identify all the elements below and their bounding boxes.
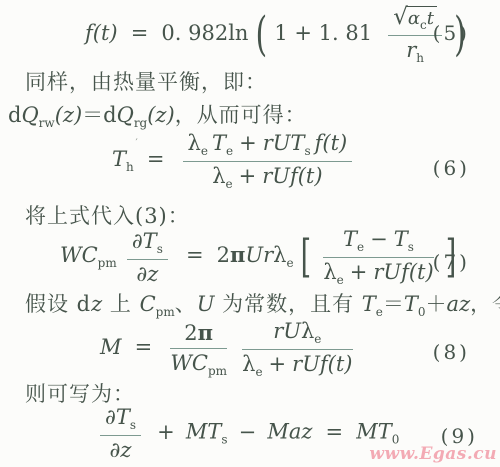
eq7-Ur: Ur <box>245 243 273 267</box>
eq5-r-sub: h <box>416 51 424 65</box>
eq8-f2-numerator: rUλe <box>242 320 352 350</box>
eq6-num-T-sub: e <box>226 144 233 158</box>
eq7-bd-rUf: rUf(t) <box>373 260 433 284</box>
line4-az: az <box>447 292 471 316</box>
eq8-M: M <box>100 335 122 359</box>
eq8-f2-lambda: λ <box>301 319 314 343</box>
dq2-arg: (z) <box>147 103 174 127</box>
eq7-dT-numerator: ∂Ts <box>127 230 168 260</box>
eq9-MT0: MT <box>356 420 392 444</box>
eq8-f1-WC-sub: pm <box>208 364 227 378</box>
eq5-alpha-sub: c <box>420 18 427 32</box>
eq7-WC: WC <box>60 243 98 267</box>
dq-balance-expression: dQrw(z)＝dQrg(z)，从而可得： <box>8 99 307 130</box>
equation-8-row: M = 2π WCpm rUλe λe+rUf(t) (8) <box>0 320 500 379</box>
eq7-lambda-sub: e <box>286 256 293 270</box>
line4-plus: ＋ <box>426 292 447 316</box>
line4-C: C <box>140 292 156 316</box>
eq9-MT1-sub: s <box>221 433 227 447</box>
eq8-f1-numerator: 2π <box>170 321 227 349</box>
eq7-bn-T2-sub: s <box>408 240 414 254</box>
eq7-bd-lambda: λ <box>323 260 336 284</box>
eq6-num-rUT: rUT <box>263 131 305 155</box>
dq2-sub: rg <box>134 116 147 130</box>
text-line-5: 则可写为： <box>25 382 135 406</box>
line4-t3: 为常数，且有 <box>214 292 361 316</box>
eq6-num-plus: + <box>239 131 257 155</box>
equation-5-row: f(t) = 0. 982ln ( 1 + 1. 81 √ αct rh ) (… <box>0 6 500 65</box>
text-line-4: 假设 dz 上 Cpm、U 为常数，且有 Te＝T0＋az，令 <box>25 288 500 319</box>
eq7-two: 2 <box>217 243 230 267</box>
sqrt-radical-group: √ αct <box>393 6 437 32</box>
scanned-paper-page: f(t) = 0. 982ln ( 1 + 1. 81 √ αct rh ) (… <box>0 0 500 467</box>
dq2-Q: Q <box>117 103 134 127</box>
eq9-fraction: ∂Ts ∂z <box>100 406 141 462</box>
eq7-bracket-fraction: Te−Ts λe+rUf(t) <box>323 228 433 287</box>
eq6-den-lambda: λ <box>212 164 225 188</box>
dq1-d: d <box>8 103 21 127</box>
line4-T1-sub: e <box>376 305 383 319</box>
eq8-f1-denominator: WCpm <box>170 349 227 378</box>
eq9-num: ∂T <box>105 405 130 429</box>
eq8-fraction-1: 2π WCpm <box>170 321 227 378</box>
line4-t1: 假设 d <box>25 292 91 316</box>
eq7-number: (7) <box>433 250 470 274</box>
dq1-sub: rw <box>39 116 55 130</box>
line4-t2: 上 <box>102 292 139 316</box>
eq5-alpha: α <box>408 8 420 29</box>
eq7-bn-minus: − <box>370 227 388 251</box>
eq6-den-rUf: rUf(t) <box>262 164 322 188</box>
eq5-r: r <box>406 38 416 62</box>
eq8-f1-pi: π <box>198 320 213 345</box>
eq5-inner-sum: 1 + 1. 81 <box>274 21 372 45</box>
eq6-equals: = <box>147 147 165 171</box>
eq9-num-sub: s <box>130 418 136 432</box>
eq6-num-T: T <box>212 131 226 155</box>
eq6-den-lambda-sub: e <box>226 177 233 191</box>
line4-U: U <box>197 292 215 316</box>
eq5-fx: f(t) <box>85 21 118 45</box>
equation-8: M = 2π WCpm rUλe λe+rUf(t) <box>100 320 358 379</box>
eq8-fraction-2: rUλe λe+rUf(t) <box>242 320 352 379</box>
eq7-equals: = <box>186 243 204 267</box>
eq6-num-rUT-sub: s <box>304 144 310 158</box>
eq5-left-paren: ( <box>256 9 268 63</box>
eq7-bn-T1: T <box>343 227 357 251</box>
eq8-f1-two: 2 <box>184 321 197 345</box>
eq7-dden: ∂z <box>136 262 158 286</box>
eq8-equals: = <box>135 335 153 359</box>
eq7-dz-denominator: ∂z <box>127 260 168 286</box>
eq6-denominator: λe+rUf(t) <box>183 162 353 191</box>
eq5-equals: = <box>131 21 149 45</box>
line4-T2: T <box>404 292 418 316</box>
eq9-MT1: MT <box>186 420 222 444</box>
dq-tail-text: ，从而可得： <box>175 103 307 127</box>
text-line-3-row: 将上式代入(3)： <box>0 200 500 230</box>
text-line-1-row: 同样，由热量平衡，即： <box>0 66 500 96</box>
line4-t4: ，令 <box>470 292 500 316</box>
eq8-f2-rU: rU <box>273 319 301 343</box>
text-line-5-row: 则可写为： <box>0 378 500 408</box>
line4-T2-sub: 0 <box>418 305 426 319</box>
line4-T1: T <box>362 292 376 316</box>
text-line-1: 同样，由热量平衡，即： <box>25 70 267 94</box>
dq1-arg: (z) <box>55 103 82 127</box>
line4-C-sub: pm <box>156 305 175 319</box>
eq7-bn-T2: T <box>394 227 408 251</box>
line4-sep: 、 <box>175 292 197 316</box>
eq8-f2-denominator: λe+rUf(t) <box>242 350 352 379</box>
equation-9: ∂Ts ∂z + MTs − Maz = MT0 <box>95 406 399 462</box>
line4-z: z <box>91 292 102 316</box>
dq-balance-row: dQrw(z)＝dQrg(z)，从而可得： <box>0 99 500 130</box>
eq9-Maz: Maz <box>267 420 312 444</box>
eq6-number: (6) <box>433 156 470 180</box>
eq7-left-bracket: [ <box>301 232 312 283</box>
eq7-dT-dz-fraction: ∂Ts ∂z <box>127 230 168 286</box>
eq6-numerator: λeTe+rUTsf(t) <box>183 132 353 162</box>
eq7-WC-sub: pm <box>98 256 117 270</box>
dq1-Q: Q <box>21 103 38 127</box>
eq7-bn-T1-sub: e <box>357 240 364 254</box>
eq9-equals: = <box>326 420 344 444</box>
equation-6: Th′ = λeTe+rUTsf(t) λe+rUf(t) <box>112 132 357 191</box>
eq5-coefficient: 0. 982ln <box>161 21 248 45</box>
eq8-f2-den-plus: + <box>269 352 287 376</box>
eq6-den-plus: + <box>239 164 257 188</box>
eq8-f2-den-lambda: λ <box>242 352 255 376</box>
line4-equals: ＝ <box>383 292 404 316</box>
eq6-num-f: f(t) <box>315 131 348 155</box>
eq7-dnum: ∂T <box>132 229 157 253</box>
text-line-3: 将上式代入(3)： <box>25 204 190 228</box>
eq6-T-sub: h <box>126 160 134 174</box>
th-prime-mark: ′ <box>135 138 137 149</box>
eq9-numerator: ∂Ts <box>100 406 141 436</box>
eq8-f2-den-rUf: rUf(t) <box>292 352 352 376</box>
eq8-f1-WC: WC <box>170 351 208 375</box>
eq6-num-lambda-sub: e <box>201 144 208 158</box>
site-watermark: www.Egas.cu <box>369 444 497 464</box>
eq7-pi: π <box>230 242 245 267</box>
eq8-f2-lambda-sub: e <box>314 332 321 346</box>
eq5-number: (5) <box>433 21 470 45</box>
eq6-T: T <box>112 147 126 171</box>
eq9-minus: − <box>239 420 257 444</box>
equation-7-row: WCpm ∂Ts ∂z = 2πUrλe [ Te−Ts λe+rUf(t) ]… <box>0 228 500 287</box>
eq7-bd-plus: + <box>350 260 368 284</box>
dq2-d: d <box>103 103 116 127</box>
eq9-denominator: ∂z <box>100 436 141 462</box>
equation-6-row: Th′ = λeTe+rUTsf(t) λe+rUf(t) (6) <box>0 132 500 191</box>
eq7-bracket-numerator: Te−Ts <box>323 228 433 258</box>
eq6-num-lambda: λ <box>188 131 201 155</box>
eq7-bd-lambda-sub: e <box>337 273 344 287</box>
equation-7: WCpm ∂Ts ∂z = 2πUrλe [ Te−Ts λe+rUf(t) ] <box>60 228 458 287</box>
eq8-number: (8) <box>433 340 470 364</box>
eq7-bracket-denominator: λe+rUf(t) <box>323 258 433 287</box>
text-line-4-row: 假设 dz 上 Cpm、U 为常数，且有 Te＝T0＋az，令 <box>0 288 500 319</box>
eq9-den: ∂z <box>110 438 132 462</box>
equation-5: f(t) = 0. 982ln ( 1 + 1. 81 √ αct rh ) <box>85 6 468 65</box>
eq6-Th: Th′ <box>112 147 134 174</box>
eq7-dnum-sub: s <box>157 242 163 256</box>
dq-equals: ＝ <box>82 103 103 127</box>
eq7-lambda: λ <box>273 243 286 267</box>
eq6-fraction: λeTe+rUTsf(t) λe+rUf(t) <box>183 132 353 191</box>
eq9-plus: + <box>157 420 175 444</box>
